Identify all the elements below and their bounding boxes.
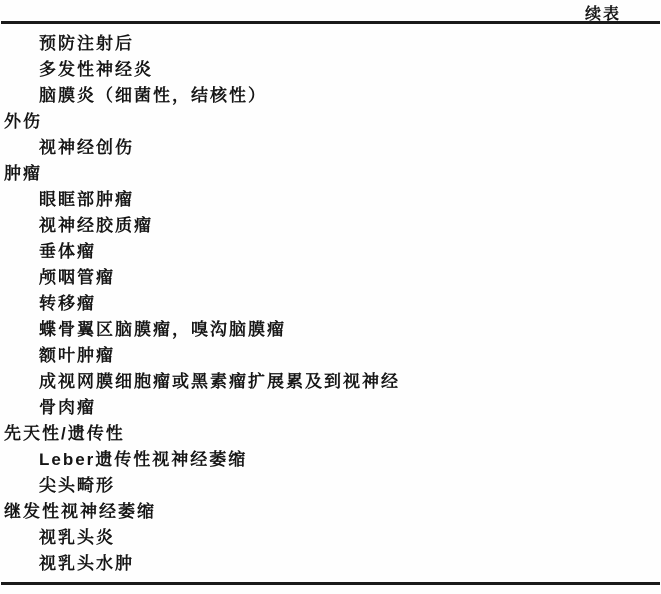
- document-page: 续表 预防注射后 多发性神经炎 脑膜炎（细菌性，结核性） 外伤 视神经创伤 肿瘤…: [0, 0, 661, 594]
- table-row: 视乳头水肿: [0, 551, 661, 577]
- table-row: 脑膜炎（细菌性，结核性）: [0, 83, 661, 109]
- table-row: 尖头畸形: [0, 473, 661, 499]
- table-row: 肿瘤: [0, 161, 661, 187]
- table-row: 视神经创伤: [0, 135, 661, 161]
- table-row: Leber遗传性视神经萎缩: [0, 447, 661, 473]
- table-row: 外伤: [0, 109, 661, 135]
- table-top-rule: [1, 21, 660, 24]
- table-bottom-rule: [1, 582, 660, 585]
- table-row: 成视网膜细胞瘤或黑素瘤扩展累及到视神经: [0, 369, 661, 395]
- table-row: 额叶肿瘤: [0, 343, 661, 369]
- table-row: 多发性神经炎: [0, 57, 661, 83]
- table-row: 眼眶部肿瘤: [0, 187, 661, 213]
- table-row: 骨肉瘤: [0, 395, 661, 421]
- table-body: 预防注射后 多发性神经炎 脑膜炎（细菌性，结核性） 外伤 视神经创伤 肿瘤 眼眶…: [0, 31, 661, 577]
- table-row: 视乳头炎: [0, 525, 661, 551]
- table-row: 垂体瘤: [0, 239, 661, 265]
- table-row: 转移瘤: [0, 291, 661, 317]
- table-row: 蝶骨翼区脑膜瘤，嗅沟脑膜瘤: [0, 317, 661, 343]
- table-row: 颅咽管瘤: [0, 265, 661, 291]
- table-row: 先天性/遗传性: [0, 421, 661, 447]
- table-row: 继发性视神经萎缩: [0, 499, 661, 525]
- table-row: 预防注射后: [0, 31, 661, 57]
- table-row: 视神经胶质瘤: [0, 213, 661, 239]
